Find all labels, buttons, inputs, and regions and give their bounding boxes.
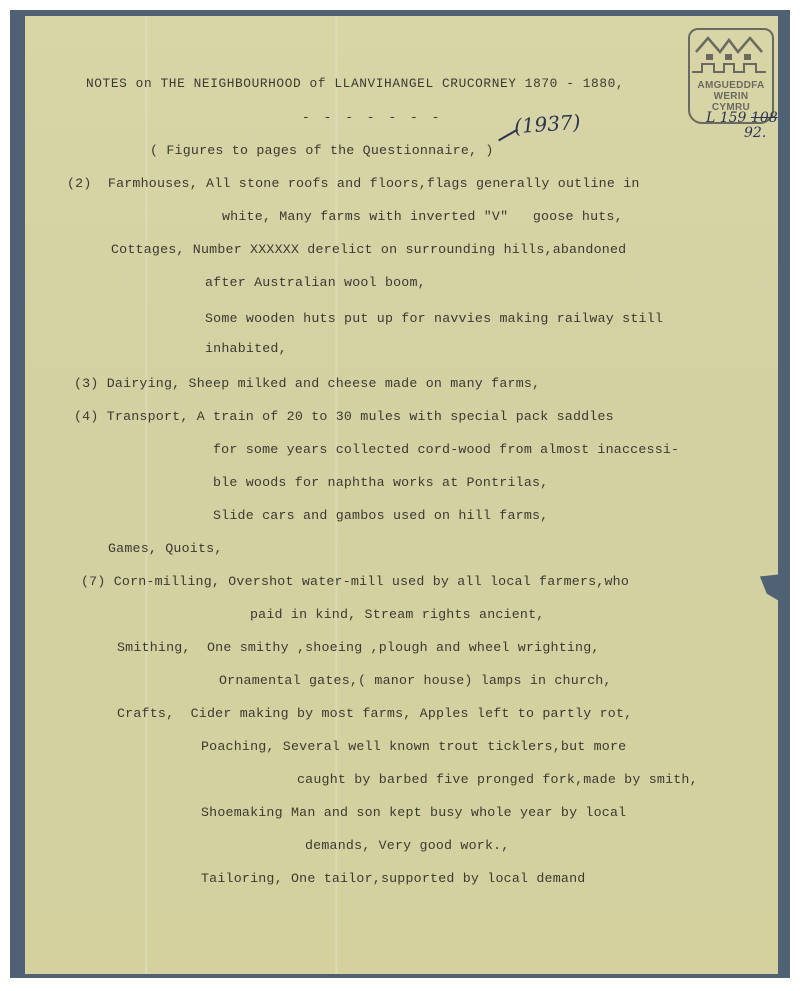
document-line: Tailoring, One tailor,supported by local… xyxy=(201,871,585,887)
document-line: demands, Very good work., xyxy=(305,838,510,854)
stamp-line-1: AMGUEDDFA xyxy=(690,80,772,91)
handwritten-reference-prefix: L 159 xyxy=(706,110,751,126)
document-line: Shoemaking Man and son kept busy whole y… xyxy=(201,805,626,821)
document-line: Some wooden huts put up for navvies maki… xyxy=(205,311,663,327)
document-title: NOTES on THE NEIGHBOURHOOD of LLANVIHANG… xyxy=(86,76,624,92)
document-line: Crafts, Cider making by most farms, Appl… xyxy=(117,706,632,722)
document-line: inhabited, xyxy=(205,341,287,357)
document-line: Slide cars and gambos used on hill farms… xyxy=(213,508,548,524)
document-subtitle: ( Figures to pages of the Questionnaire,… xyxy=(150,143,494,159)
document-line: for some years collected cord-wood from … xyxy=(213,442,679,458)
document-line: Smithing, One smithy ,shoeing ,plough an… xyxy=(117,640,600,656)
handwritten-reference-bottom: 92. xyxy=(744,125,766,141)
document-line: Ornamental gates,( manor house) lamps in… xyxy=(219,673,612,689)
handwritten-year-annotation: (1937) xyxy=(513,110,581,139)
handwritten-reference-top: L 159 108 xyxy=(706,110,778,126)
document-line: Poaching, Several well known trout tickl… xyxy=(201,739,626,755)
document-line: ble woods for naphtha works at Pontrilas… xyxy=(213,475,548,491)
title-separator: - - - - - - - xyxy=(302,110,442,126)
document-line: (4) Transport, A train of 20 to 30 mules… xyxy=(74,409,614,425)
document-line: white, Many farms with inverted "V" goos… xyxy=(222,209,623,225)
stamp-building-icon xyxy=(688,32,770,76)
handwritten-reference-struck: 108 xyxy=(751,110,778,126)
stamp-line-2: WERIN xyxy=(690,91,772,102)
document-line: (2) Farmhouses, All stone roofs and floo… xyxy=(67,176,640,192)
document-line: caught by barbed five pronged fork,made … xyxy=(297,772,698,788)
document-line: Cottages, Number XXXXXX derelict on surr… xyxy=(111,242,626,258)
document-line: (3) Dairying, Sheep milked and cheese ma… xyxy=(74,376,540,392)
document-line: Games, Quoits, xyxy=(108,541,223,557)
document-paper xyxy=(25,16,778,974)
document-line: (7) Corn-milling, Overshot water-mill us… xyxy=(81,574,629,590)
document-line: paid in kind, Stream rights ancient, xyxy=(250,607,544,623)
document-line: after Australian wool boom, xyxy=(205,275,426,291)
